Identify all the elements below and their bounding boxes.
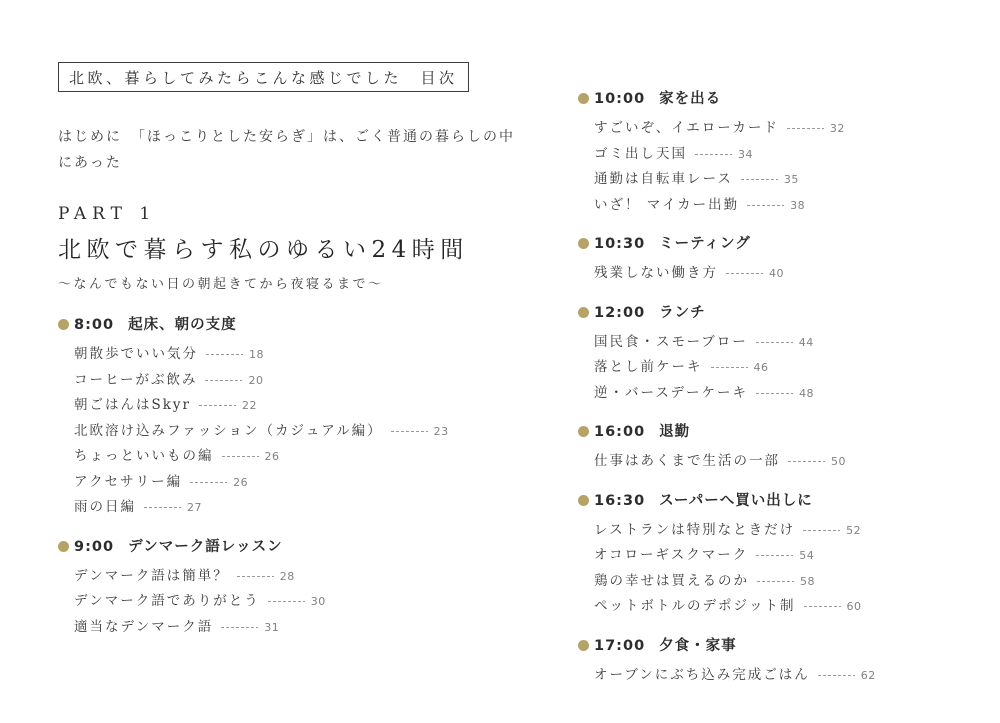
toc-item-label: アクセサリー編 — [74, 474, 182, 490]
toc-item: オコローギスクマーク54 — [594, 543, 988, 569]
section-time: 16:00 — [594, 424, 645, 440]
dotted-leader — [206, 354, 243, 355]
toc-item-list: 朝散歩でいい気分18コーヒーがぶ飲み20朝ごはんはSkyr22北欧溶け込みファッ… — [58, 342, 528, 521]
bullet-icon — [578, 640, 589, 651]
toc-section: 8:00起床、朝の支度朝散歩でいい気分18コーヒーがぶ飲み20朝ごはんはSkyr… — [58, 316, 528, 521]
toc-item-page: 31 — [264, 621, 279, 634]
toc-item: デンマーク語は簡単？28 — [74, 564, 528, 590]
toc-item-label: コーヒーがぶ飲み — [74, 372, 197, 388]
dotted-leader — [741, 179, 778, 180]
toc-item-label: デンマーク語は簡単？ — [74, 568, 229, 584]
toc-item-label: すごいぞ、イエローカード — [594, 120, 779, 136]
part-label: PART 1 — [58, 204, 528, 224]
toc-item: 落とし前ケーキ46 — [594, 355, 988, 381]
intro-block: はじめに 「ほっこりとした安らぎ」は、ごく普通の暮らしの中 にあった — [58, 124, 528, 176]
bullet-icon — [58, 541, 69, 552]
dotted-leader — [787, 128, 824, 129]
toc-item-label: デンマーク語でありがとう — [74, 593, 260, 609]
section-time: 17:00 — [594, 638, 645, 654]
toc-item: ペットボトルのデポジット制60 — [594, 594, 988, 620]
dotted-leader — [190, 482, 227, 483]
toc-item-label: 北欧溶け込みファッション（カジュアル編） — [74, 423, 383, 439]
dotted-leader — [695, 154, 732, 155]
toc-item-label: 落とし前ケーキ — [594, 359, 703, 375]
toc-item-label: 鶏の幸せは買えるのか — [594, 573, 749, 589]
section-time: 10:30 — [594, 236, 645, 252]
toc-item: アクセサリー編26 — [74, 470, 528, 496]
section-time: 16:30 — [594, 493, 645, 509]
toc-item-label: いざ！ マイカー出勤 — [594, 197, 739, 213]
toc-item-page: 34 — [738, 148, 753, 161]
dotted-leader — [818, 675, 855, 676]
toc-item-page: 26 — [233, 476, 248, 489]
toc-item-page: 35 — [784, 173, 799, 186]
section-title: 起床、朝の支度 — [128, 317, 237, 333]
toc-item-list: 仕事はあくまで生活の一部50 — [578, 449, 988, 475]
bullet-icon — [578, 495, 589, 506]
toc-item: 鶏の幸せは買えるのか58 — [594, 569, 988, 595]
section-title: デンマーク語レッスン — [128, 539, 283, 555]
toc-item-page: 18 — [249, 348, 264, 361]
toc-item: 適当なデンマーク語31 — [74, 615, 528, 641]
dotted-leader — [711, 367, 748, 368]
bullet-icon — [578, 238, 589, 249]
toc-section: 10:30ミーティング残業しない働き方40 — [578, 235, 988, 287]
section-time: 10:00 — [594, 91, 645, 107]
toc-item-page: 20 — [248, 374, 263, 387]
toc-item-label: 適当なデンマーク語 — [74, 619, 213, 635]
intro-line-2: にあった — [58, 150, 528, 176]
section-title: ミーティング — [659, 236, 751, 252]
toc-item: 逆・バースデーケーキ48 — [594, 381, 988, 407]
dotted-leader — [237, 576, 274, 577]
toc-item-page: 22 — [242, 399, 257, 412]
toc-item-page: 46 — [754, 361, 769, 374]
intro-line-1: はじめに 「ほっこりとした安らぎ」は、ごく普通の暮らしの中 — [58, 124, 528, 150]
toc-section: 16:30スーパーへ買い出しにレストランは特別なときだけ52オコローギスクマーク… — [578, 492, 988, 620]
toc-item: 朝散歩でいい気分18 — [74, 342, 528, 368]
dotted-leader — [221, 627, 258, 628]
toc-section-header: 8:00起床、朝の支度 — [58, 316, 528, 334]
toc-item-list: オーブンにぶち込み完成ごはん62 — [578, 663, 988, 689]
toc-item-page: 30 — [311, 595, 326, 608]
toc-item-label: 通勤は自転車レース — [594, 171, 733, 187]
toc-item: 仕事はあくまで生活の一部50 — [594, 449, 988, 475]
toc-section: 9:00デンマーク語レッスンデンマーク語は簡単？28デンマーク語でありがとう30… — [58, 538, 528, 641]
part-subtitle: 〜なんでもない日の朝起きてから夜寝るまで〜 — [58, 273, 528, 292]
part-heading-block: PART 1 北欧で暮らす私のゆるい24時間 〜なんでもない日の朝起きてから夜寝… — [58, 204, 528, 292]
section-time: 12:00 — [594, 305, 645, 321]
dotted-leader — [788, 461, 825, 462]
dotted-leader — [756, 393, 793, 394]
toc-item-label: レストランは特別なときだけ — [594, 522, 795, 538]
dotted-leader — [199, 405, 236, 406]
toc-item-page: 32 — [830, 122, 845, 135]
toc-item: いざ！ マイカー出勤38 — [594, 193, 988, 219]
toc-item-label: ちょっといいもの編 — [74, 448, 214, 464]
dotted-leader — [726, 273, 763, 274]
toc-right: 10:00家を出るすごいぞ、イエローカード32ゴミ出し天国34通勤は自転車レース… — [578, 90, 988, 705]
toc-item-page: 50 — [831, 455, 846, 468]
section-time: 9:00 — [74, 539, 114, 555]
dotted-leader — [747, 205, 784, 206]
toc-section-header: 10:00家を出る — [578, 90, 988, 108]
toc-item: 北欧溶け込みファッション（カジュアル編）23 — [74, 419, 528, 445]
toc-item-label: オーブンにぶち込み完成ごはん — [594, 667, 810, 683]
toc-item-page: 58 — [800, 575, 815, 588]
toc-section: 10:00家を出るすごいぞ、イエローカード32ゴミ出し天国34通勤は自転車レース… — [578, 90, 988, 218]
bullet-icon — [578, 307, 589, 318]
dotted-leader — [391, 431, 428, 432]
dotted-leader — [144, 507, 181, 508]
toc-section-header: 16:30スーパーへ買い出しに — [578, 492, 988, 510]
dotted-leader — [205, 380, 242, 381]
toc-item-label: 国民食・スモーブロー — [594, 334, 748, 350]
section-title: 夕食・家事 — [659, 638, 737, 654]
toc-item-label: 残業しない働き方 — [594, 265, 718, 281]
book-toc-page: 北欧、暮らしてみたらこんな感じでした 目次 はじめに 「ほっこりとした安らぎ」は… — [0, 0, 1000, 723]
toc-item: 残業しない働き方40 — [594, 261, 988, 287]
toc-item: オーブンにぶち込み完成ごはん62 — [594, 663, 988, 689]
toc-item-label: 朝ごはんはSkyr — [74, 397, 191, 413]
part-title: 北欧で暮らす私のゆるい24時間 — [58, 231, 528, 264]
toc-item-label: 雨の日編 — [74, 499, 136, 515]
dotted-leader — [268, 601, 305, 602]
toc-item-page: 48 — [799, 387, 814, 400]
toc-item-label: 逆・バースデーケーキ — [594, 385, 748, 401]
toc-item-page: 23 — [434, 425, 449, 438]
dotted-leader — [803, 530, 840, 531]
book-title-box: 北欧、暮らしてみたらこんな感じでした 目次 — [58, 62, 469, 92]
dotted-leader — [756, 342, 793, 343]
toc-item: ちょっといいもの編26 — [74, 444, 528, 470]
toc-section-header: 12:00ランチ — [578, 304, 988, 322]
toc-item-page: 52 — [846, 524, 861, 537]
bullet-icon — [578, 426, 589, 437]
left-column: 北欧、暮らしてみたらこんな感じでした 目次 はじめに 「ほっこりとした安らぎ」は… — [58, 62, 528, 657]
section-title: 退勤 — [659, 424, 690, 440]
toc-item: ゴミ出し天国34 — [594, 142, 988, 168]
toc-item-label: ペットボトルのデポジット制 — [594, 598, 796, 614]
toc-item-list: 残業しない働き方40 — [578, 261, 988, 287]
section-time: 8:00 — [74, 317, 114, 333]
toc-section: 17:00夕食・家事オーブンにぶち込み完成ごはん62 — [578, 637, 988, 689]
section-title: 家を出る — [659, 91, 721, 107]
toc-item-page: 54 — [799, 549, 814, 562]
toc-item-page: 62 — [861, 669, 876, 682]
section-title: スーパーへ買い出しに — [659, 493, 813, 509]
toc-item-page: 38 — [790, 199, 805, 212]
toc-item-page: 60 — [847, 600, 862, 613]
section-title: ランチ — [659, 305, 706, 321]
toc-item: 雨の日編27 — [74, 495, 528, 521]
toc-section-header: 17:00夕食・家事 — [578, 637, 988, 655]
toc-item-page: 40 — [769, 267, 784, 280]
toc-section: 16:00退勤仕事はあくまで生活の一部50 — [578, 423, 988, 475]
toc-item-list: すごいぞ、イエローカード32ゴミ出し天国34通勤は自転車レース35いざ！ マイカ… — [578, 116, 988, 218]
toc-item-page: 28 — [280, 570, 295, 583]
toc-item-page: 44 — [799, 336, 814, 349]
dotted-leader — [757, 581, 794, 582]
toc-item-label: ゴミ出し天国 — [594, 146, 687, 162]
toc-item-label: 朝散歩でいい気分 — [74, 346, 198, 362]
toc-item: 国民食・スモーブロー44 — [594, 330, 988, 356]
toc-item-list: デンマーク語は簡単？28デンマーク語でありがとう30適当なデンマーク語31 — [58, 564, 528, 641]
dotted-leader — [804, 606, 841, 607]
toc-item: デンマーク語でありがとう30 — [74, 589, 528, 615]
bullet-icon — [58, 319, 69, 330]
dotted-leader — [756, 555, 793, 556]
toc-section-header: 9:00デンマーク語レッスン — [58, 538, 528, 556]
toc-item-list: レストランは特別なときだけ52オコローギスクマーク54鶏の幸せは買えるのか58ペ… — [578, 518, 988, 620]
toc-item: すごいぞ、イエローカード32 — [594, 116, 988, 142]
bullet-icon — [578, 93, 589, 104]
toc-left: 8:00起床、朝の支度朝散歩でいい気分18コーヒーがぶ飲み20朝ごはんはSkyr… — [58, 316, 528, 640]
toc-item: 通勤は自転車レース35 — [594, 167, 988, 193]
toc-item-page: 26 — [265, 450, 280, 463]
toc-item-label: オコローギスクマーク — [594, 547, 748, 563]
toc-item-list: 国民食・スモーブロー44落とし前ケーキ46逆・バースデーケーキ48 — [578, 330, 988, 407]
toc-section-header: 16:00退勤 — [578, 423, 988, 441]
toc-item: レストランは特別なときだけ52 — [594, 518, 988, 544]
dotted-leader — [222, 456, 259, 457]
toc-section-header: 10:30ミーティング — [578, 235, 988, 253]
toc-item-page: 27 — [187, 501, 202, 514]
toc-section: 12:00ランチ国民食・スモーブロー44落とし前ケーキ46逆・バースデーケーキ4… — [578, 304, 988, 407]
toc-item-label: 仕事はあくまで生活の一部 — [594, 453, 780, 469]
toc-item: 朝ごはんはSkyr22 — [74, 393, 528, 419]
toc-item: コーヒーがぶ飲み20 — [74, 368, 528, 394]
